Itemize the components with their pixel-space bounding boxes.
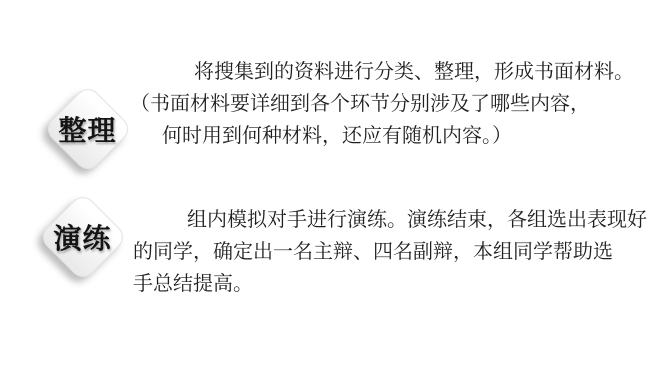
- text-line: 组内模拟对手进行演练。演练结束，各组选出表现好: [187, 204, 663, 236]
- slide-canvas: 整理 将搜集到的资料进行分类、整理，形成书面材料。 （书面材料要详细到各个环节分…: [0, 0, 668, 376]
- diamond-drill-label: 演练: [53, 217, 111, 257]
- drill-text-block: 组内模拟对手进行演练。演练结束，各组选出表现好 的同学，确定出一名主辩、四名副辩…: [133, 204, 663, 300]
- text-line: （书面材料要详细到各个环节分别涉及了哪些内容，: [130, 88, 660, 120]
- text-line: 何时用到何种材料，还应有随机内容。）: [162, 120, 660, 152]
- diamond-drill: 演练: [38, 193, 127, 280]
- organize-text-block: 将搜集到的资料进行分类、整理，形成书面材料。 （书面材料要详细到各个环节分别涉及…: [130, 56, 660, 152]
- text-line: 的同学，确定出一名主辩、四名副辩，本组同学帮助选: [133, 236, 663, 268]
- diamond-organize: 整理: [43, 86, 132, 172]
- text-line: 将搜集到的资料进行分类、整理，形成书面材料。: [194, 56, 660, 88]
- text-line: 手总结提高。: [133, 268, 663, 300]
- diamond-organize-label: 整理: [58, 109, 116, 149]
